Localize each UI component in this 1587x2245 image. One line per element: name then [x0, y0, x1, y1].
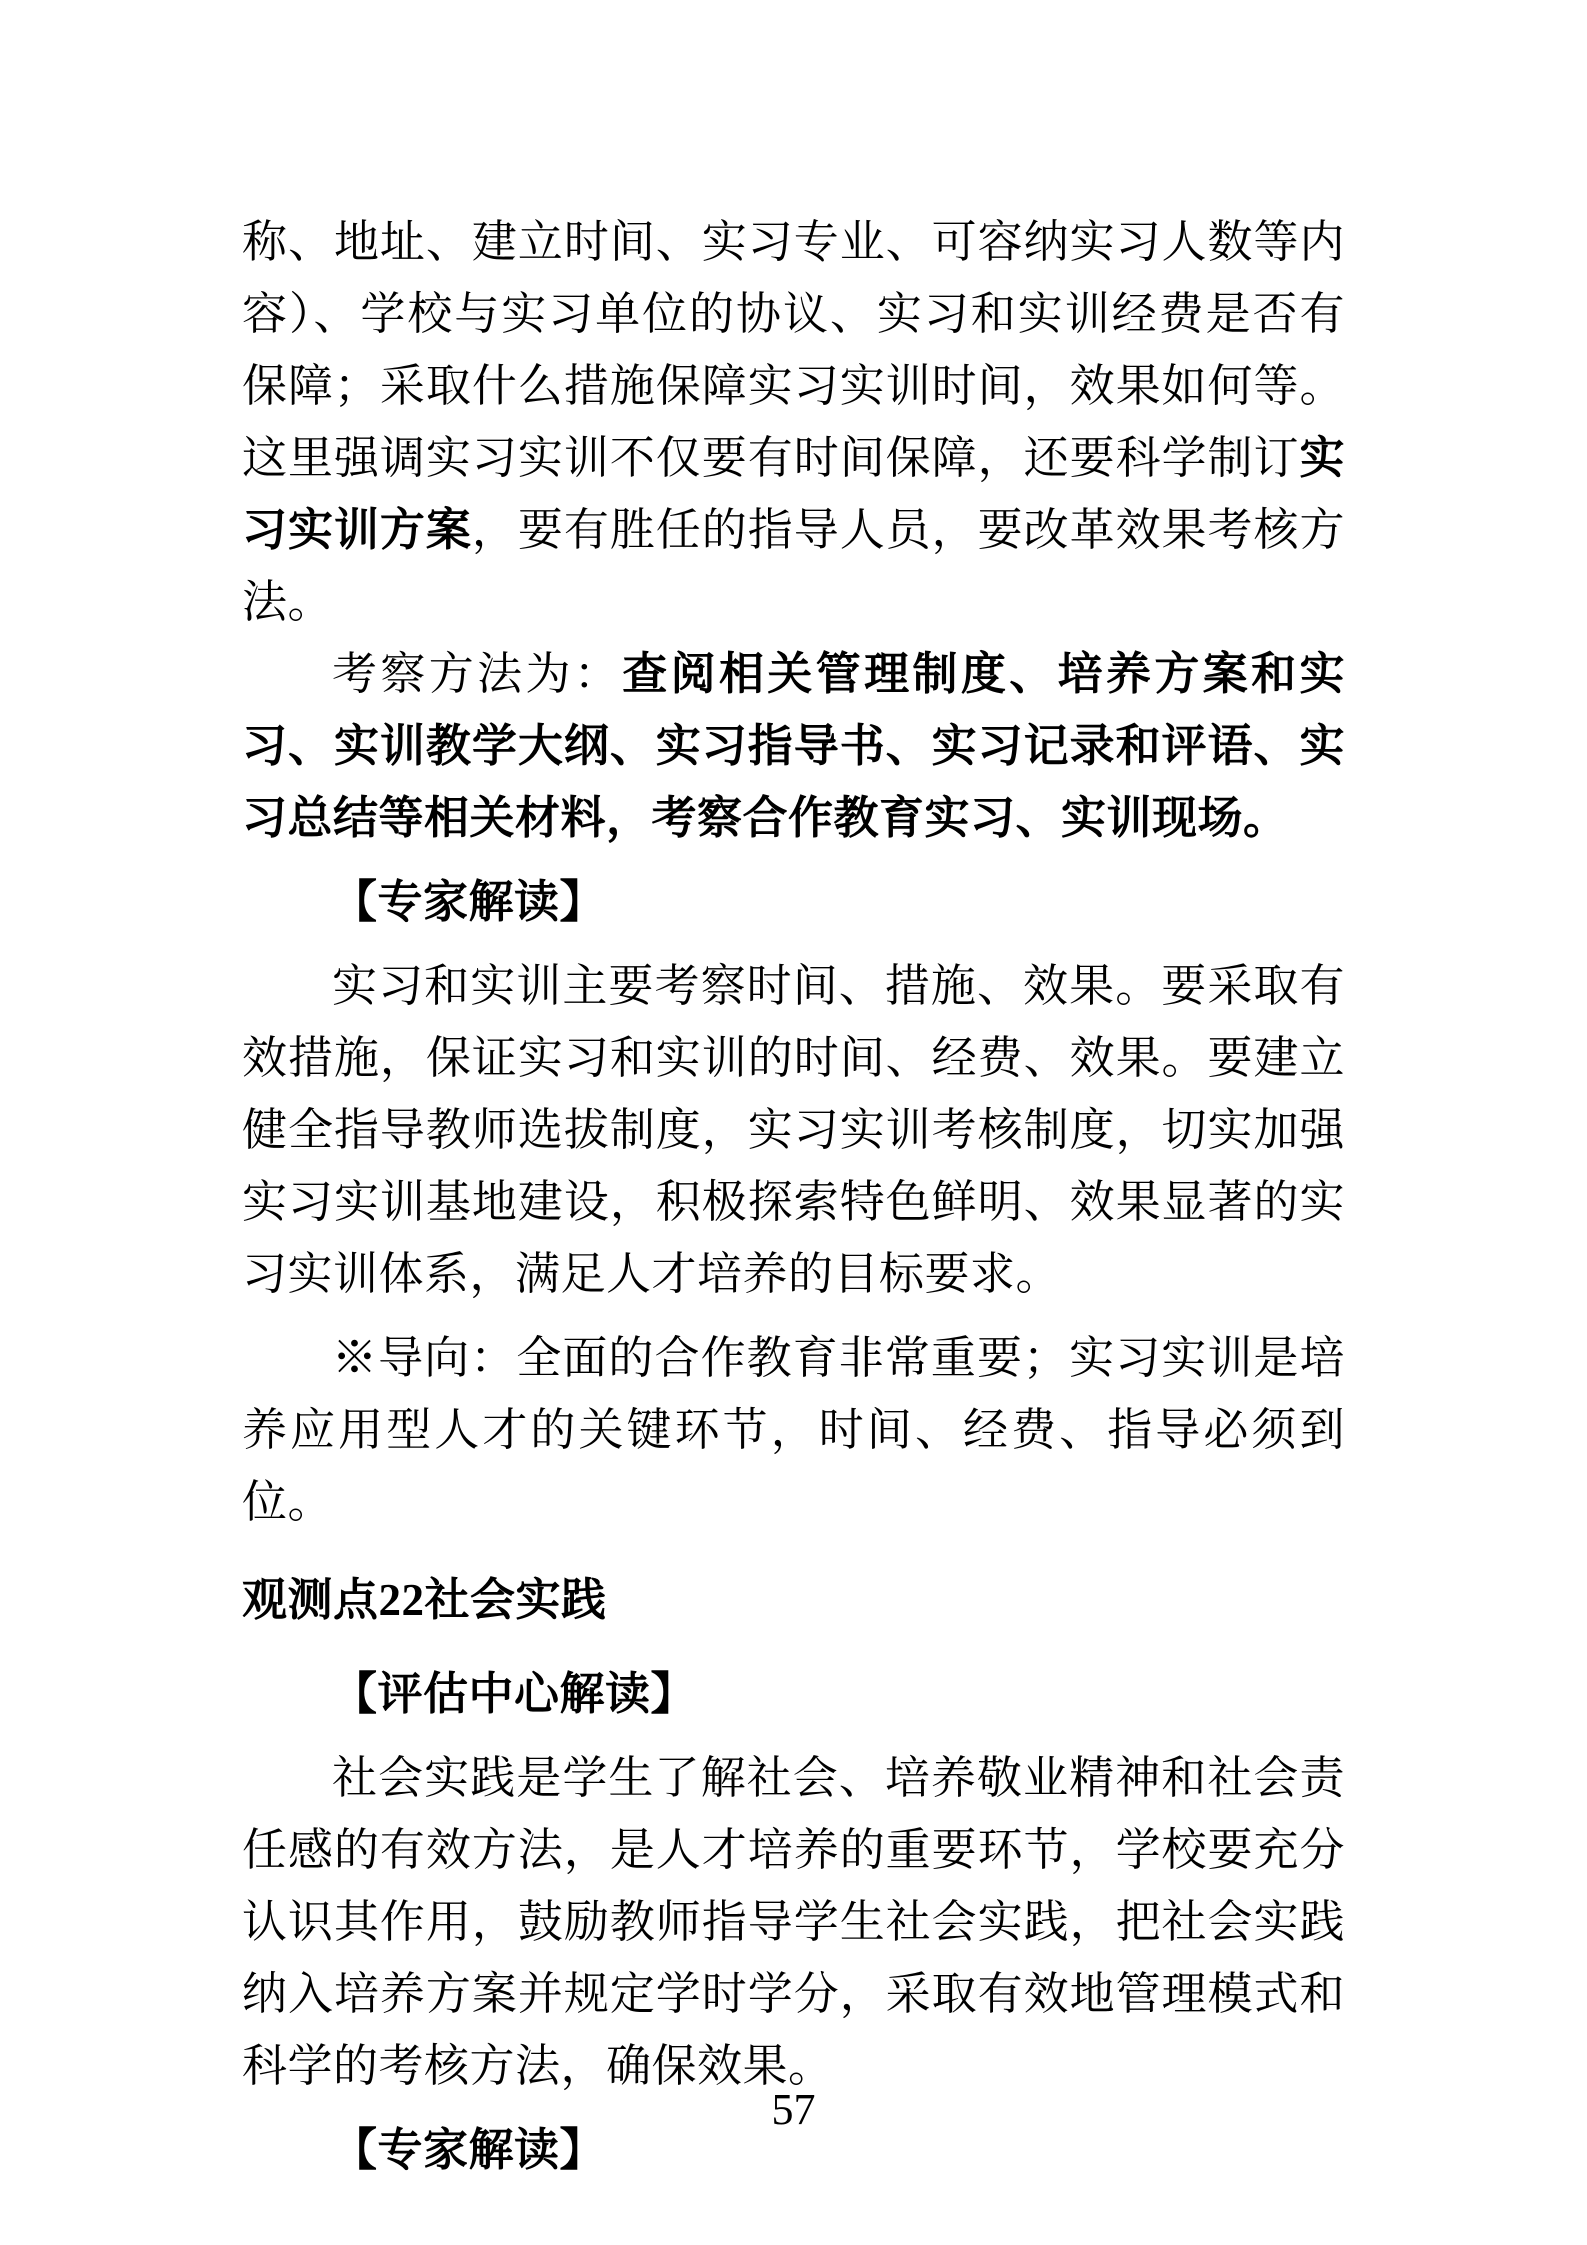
document-page: 称、地址、建立时间、实习专业、可容纳实习人数等内容）、学校与实习单位的协议、实习…	[0, 0, 1587, 2245]
text-run: 实习和实训主要考察时间、措施、效果。要采取有效措施，保证实习和实训的时间、经费、…	[242, 961, 1345, 1299]
paragraph-orientation-note: ※导向：全面的合作教育非常重要；实习实训是培养应用型人才的关键环节，时间、经费、…	[242, 1322, 1345, 1538]
bold-text-run: 观测点22社会实践	[242, 1575, 607, 1625]
paragraph-inspection-method: 考察方法为：查阅相关管理制度、培养方案和实习、实训教学大纲、实习指导书、实习记录…	[242, 638, 1345, 854]
text-run: 社会实践是学生了解社会、培养敬业精神和社会责任感的有效方法，是人才培养的重要环节…	[242, 1753, 1345, 2091]
subheading-expert-interpretation-1: 【专家解读】	[242, 866, 1345, 938]
paragraph-social-practice: 社会实践是学生了解社会、培养敬业精神和社会责任感的有效方法，是人才培养的重要环节…	[242, 1742, 1345, 2102]
page-number: 57	[0, 2086, 1587, 2134]
bold-text-run: 【专家解读】	[332, 877, 605, 927]
paragraph-expert-interpretation-1: 实习和实训主要考察时间、措施、效果。要采取有效措施，保证实习和实训的时间、经费、…	[242, 950, 1345, 1310]
bold-text-run: 【评估中心解读】	[332, 1669, 696, 1719]
text-run: ※导向：全面的合作教育非常重要；实习实训是培养应用型人才的关键环节，时间、经费、…	[242, 1333, 1345, 1527]
page-content: 称、地址、建立时间、实习专业、可容纳实习人数等内容）、学校与实习单位的协议、实习…	[242, 206, 1345, 2198]
heading-observation-point-22: 观测点22社会实践	[242, 1564, 1345, 1636]
text-run: 考察方法为：	[332, 649, 622, 699]
subheading-evaluation-center-interpretation: 【评估中心解读】	[242, 1658, 1345, 1730]
text-run: 称、地址、建立时间、实习专业、可容纳实习人数等内容）、学校与实习单位的协议、实习…	[242, 217, 1345, 483]
paragraph-internship-conditions: 称、地址、建立时间、实习专业、可容纳实习人数等内容）、学校与实习单位的协议、实习…	[242, 206, 1345, 638]
